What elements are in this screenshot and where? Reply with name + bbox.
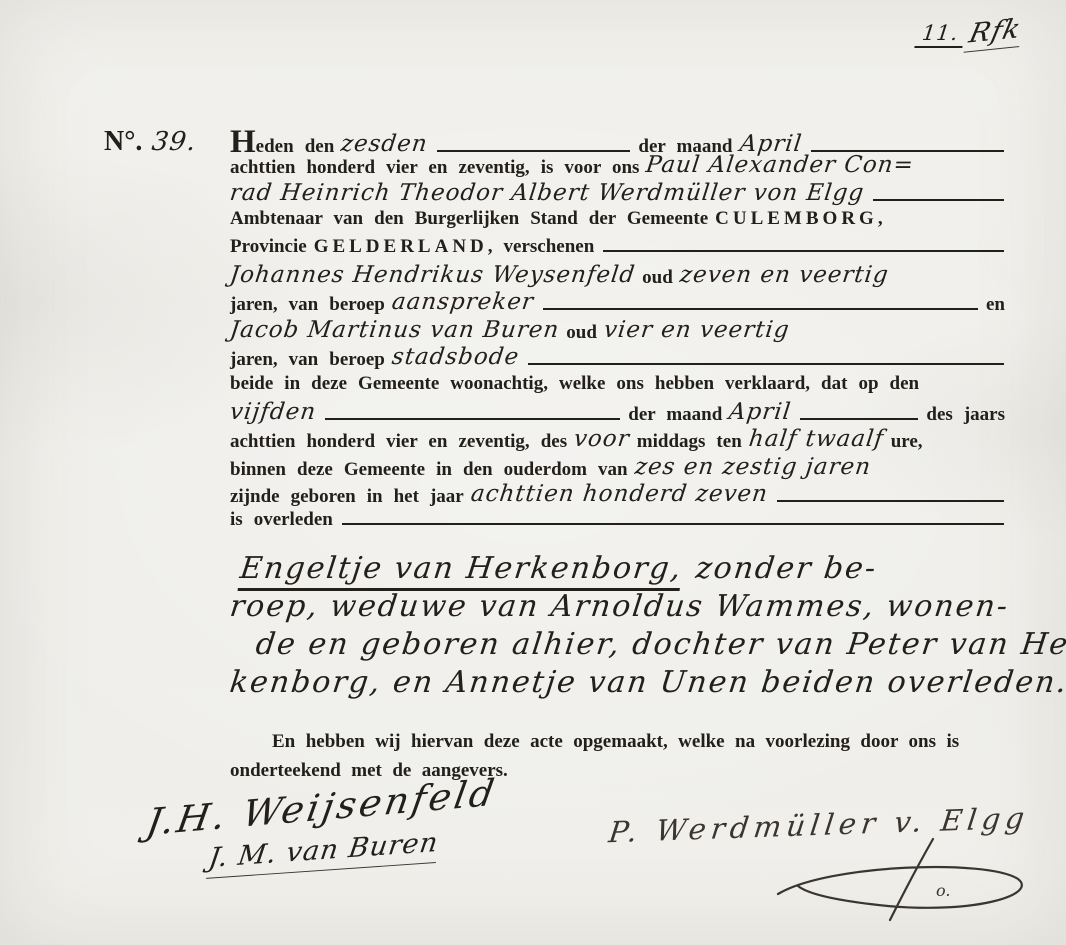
fill-rule-line xyxy=(342,523,1004,525)
fill-rule-line xyxy=(873,199,1004,201)
document-line: binnen deze Gemeente in den ouderdom van… xyxy=(230,455,1012,482)
document-line: Engeltje van Herkenborg,zonder be- xyxy=(230,552,1012,590)
handwritten-entry: vijfden xyxy=(228,399,317,425)
document-line: beide in deze Gemeente woonachtig, welke… xyxy=(230,373,1012,400)
handwritten-entry: aanspreker xyxy=(390,289,535,315)
handwritten-entry: rad Heinrich Theodor Albert Werdmüller v… xyxy=(228,180,865,206)
printed-text-spaced-caps: GELDERLAND, xyxy=(314,236,497,258)
handwritten-entry: half twaalf xyxy=(747,426,885,452)
document-line: vijfdender maandAprildes jaars xyxy=(230,400,1012,427)
printed-text: is overleden xyxy=(230,509,333,531)
handwritten-entry: Jacob Martinus van Buren xyxy=(228,317,560,343)
certificate-body: Heden denzesdender maandAprilachttien ho… xyxy=(230,126,1012,786)
clerk-initials-mark: Rfk xyxy=(964,13,1027,52)
fill-rule-line xyxy=(528,363,1004,365)
handwritten-entry: zonder be- xyxy=(694,551,879,586)
printed-text: zijnde geboren in het jaar xyxy=(230,486,464,508)
fill-rule-line xyxy=(777,500,1004,502)
handwritten-entry: zes en zestig jaren xyxy=(633,454,872,480)
document-line: Heden denzesdender maandApril xyxy=(230,126,1012,153)
printed-text: Heden den xyxy=(230,126,334,159)
document-line: jaren, van beroepstadsbode xyxy=(230,345,1012,372)
printed-text: beide in deze Gemeente woonachtig, welke… xyxy=(230,373,919,395)
fill-rule-line xyxy=(543,308,978,310)
printed-text: der maand xyxy=(628,404,722,426)
document-line: kenborg, en Annetje van Unen beiden over… xyxy=(230,666,1012,704)
printed-text: middags ten xyxy=(637,431,742,453)
registrar-signature: P. Werdmüller v. Elgg o. xyxy=(610,786,1028,842)
printed-text: binnen deze Gemeente in den ouderdom van xyxy=(230,459,628,481)
handwritten-entry: roep, weduwe van Arnoldus Wammes, wonen- xyxy=(228,589,1011,624)
document-line: Ambtenaar van den Burgerlijken Stand der… xyxy=(230,208,1012,235)
printed-text: oud xyxy=(566,322,597,344)
handwritten-entry: achttien honderd zeven xyxy=(469,481,769,507)
handwritten-entry: Paul Alexander Con= xyxy=(645,152,916,178)
folio-number: 11. xyxy=(914,21,966,48)
act-number-label: N°. xyxy=(104,126,142,157)
document-line: Jacob Martinus van Burenoudvier en veert… xyxy=(230,318,1012,345)
handwritten-entry: zeven en veertig xyxy=(678,262,890,288)
act-number: N°. 39. xyxy=(104,126,197,158)
printed-text: en xyxy=(986,294,1005,316)
document-line: Johannes Hendrikus Weysenfeldoudzeven en… xyxy=(230,263,1012,290)
document-line: zijnde geboren in het jaarachttien honde… xyxy=(230,482,1012,509)
printed-text: jaren, van beroep xyxy=(230,294,385,316)
document-line: roep, weduwe van Arnoldus Wammes, wonen- xyxy=(230,590,1012,628)
document-line: is overleden xyxy=(230,509,1012,536)
printed-text-spaced-caps: CULEMBORG, xyxy=(715,208,886,230)
printed-text: ure, xyxy=(891,431,923,453)
document-line: de en geboren alhier, dochter van Peter … xyxy=(230,628,1012,666)
document-line: jaren, van beroepaansprekeren xyxy=(230,290,1012,317)
fill-rule-line xyxy=(800,418,918,420)
handwritten-entry: zesden xyxy=(340,131,430,157)
declarant-signatures: J.H. Weijsenfeld J. M. van Buren xyxy=(150,786,550,871)
document-line: achttien honderd vier en zeventig, desvo… xyxy=(230,427,1012,454)
printed-text: Ambtenaar van den Burgerlijken Stand der… xyxy=(230,208,708,230)
printed-text: achttien honderd vier en zeventig, des xyxy=(230,431,567,453)
handwritten-entry: Johannes Hendrikus Weysenfeld xyxy=(228,262,636,288)
printed-text: achttien honderd vier en zeventig, is vo… xyxy=(230,157,639,179)
handwritten-entry: voor xyxy=(572,426,631,452)
fill-rule-line xyxy=(437,150,630,152)
deceased-details-block: Engeltje van Herkenborg,zonder be-roep, … xyxy=(230,552,1012,704)
page-corner-annotations: 11. Rfk xyxy=(916,10,1022,50)
handwritten-entry: de en geboren alhier, dochter van Peter … xyxy=(254,627,1066,662)
closing-paragraph: En hebben wij hiervan deze acte opgemaak… xyxy=(230,727,975,786)
scanned-death-certificate: { "colors": { "paper": "#f1f0ec", "ink":… xyxy=(0,0,1066,945)
fill-rule-line xyxy=(325,418,620,420)
handwritten-entry: kenborg, en Annetje van Unen beiden over… xyxy=(228,665,1066,700)
printed-text: verschenen xyxy=(504,236,595,258)
printed-text: oud xyxy=(642,267,673,289)
act-number-value: 39. xyxy=(151,127,199,157)
printed-text: des jaars xyxy=(926,404,1005,426)
svg-text:o.: o. xyxy=(936,881,950,900)
printed-text: Provincie xyxy=(230,236,307,258)
printed-text: jaren, van beroep xyxy=(230,349,385,371)
handwritten-entry: April xyxy=(728,399,793,425)
document-line: ProvincieGELDERLAND,verschenen xyxy=(230,236,1012,263)
signature-paraph-flourish: o. xyxy=(738,834,1038,924)
fill-rule-line xyxy=(603,250,1004,252)
document-line: rad Heinrich Theodor Albert Werdmüller v… xyxy=(230,181,1012,208)
handwritten-entry: stadsbode xyxy=(390,344,520,370)
signatures-row: J.H. Weijsenfeld J. M. van Buren P. Werd… xyxy=(150,786,1030,871)
handwritten-entry: vier en veertig xyxy=(602,317,791,343)
document-line: achttien honderd vier en zeventig, is vo… xyxy=(230,153,1012,180)
handwritten-name-underlined: Engeltje van Herkenborg, xyxy=(238,551,685,591)
printed-form-lines: Heden denzesdender maandAprilachttien ho… xyxy=(230,126,1012,537)
